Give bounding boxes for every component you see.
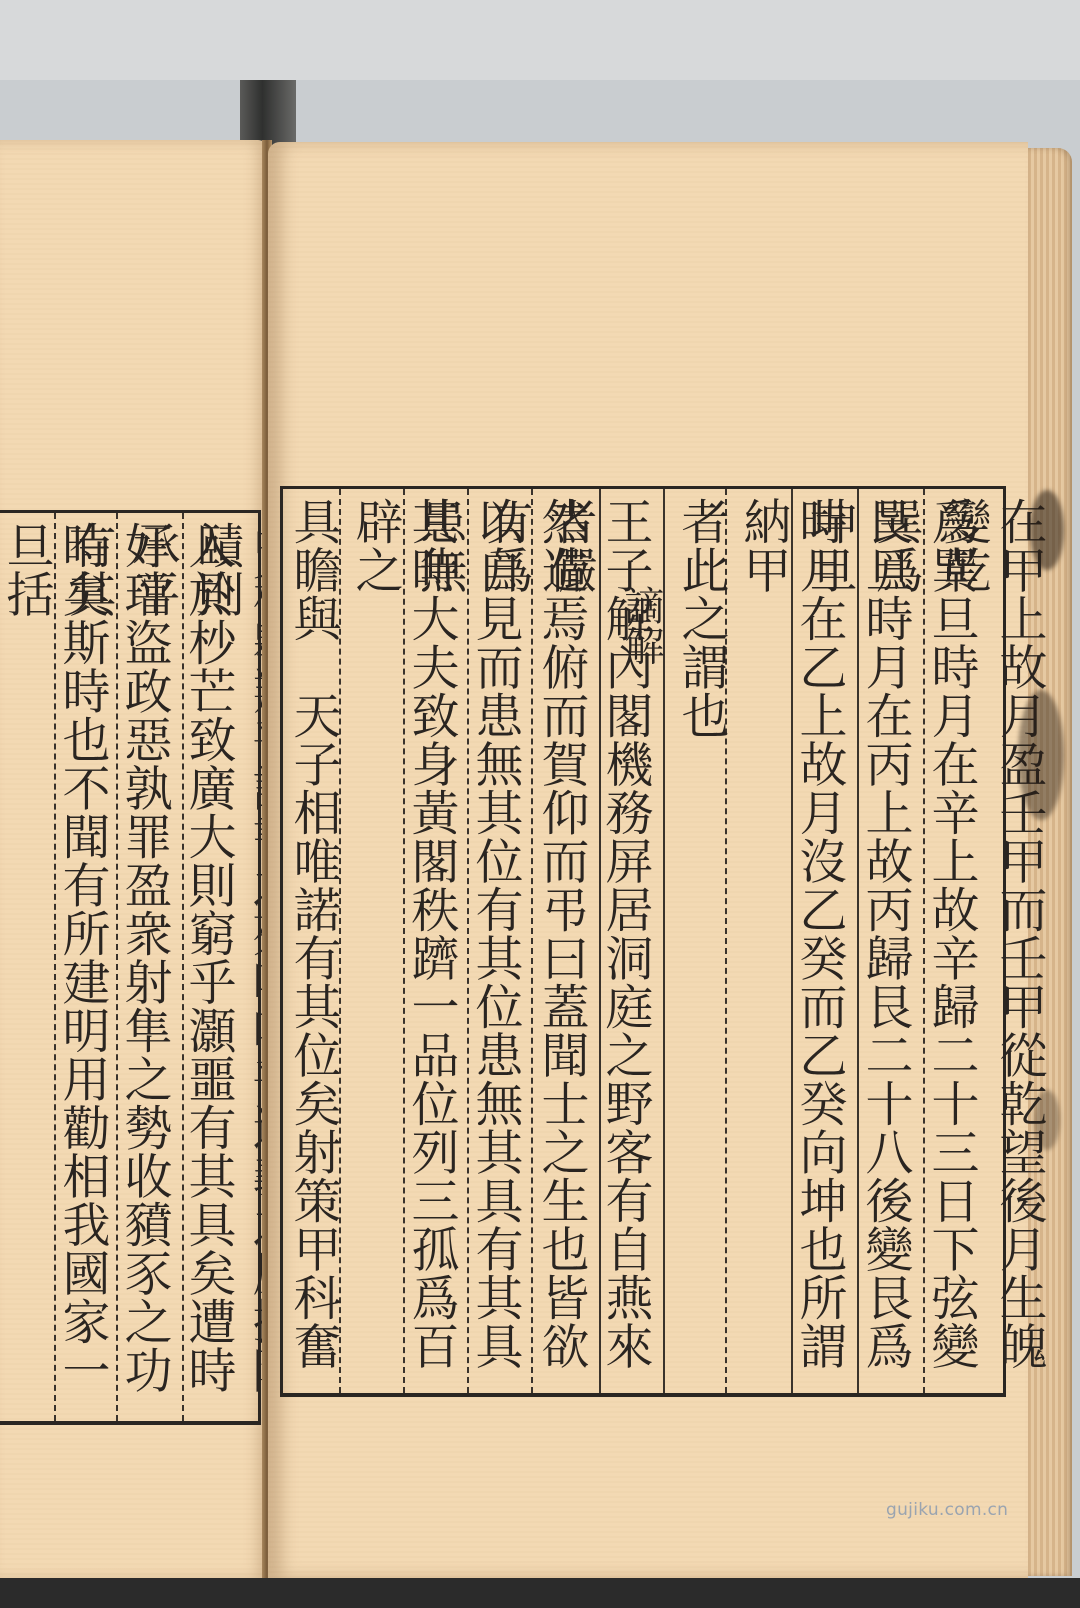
site-watermark: gujiku.com.cn: [886, 1500, 1008, 1520]
right-page-text-frame: 在甲上故月盈壬甲而壬甲從乾望後月生魄變乾 爲巽旦時月在辛上故辛歸二十三日下弦變巽…: [280, 486, 1006, 1397]
left-page-text-frame: 中秘翱翔乎詩書之苑嘯嚌乎道義之原探隱賾則 入於杪芒致廣大則窮乎灝噩有其具矣遭時承…: [0, 510, 261, 1425]
text-column: 時矣斯時也不聞有所建明用勸相我國家一旦括: [0, 513, 110, 1429]
text-column: 者此之謂也: [673, 489, 729, 1401]
ink-bleed-mark: [1018, 690, 1064, 820]
scan-top-margin: [0, 0, 1080, 80]
ink-bleed-mark: [1034, 1090, 1060, 1150]
text-column: 時月在乙上故月沒乙癸而乙癸向坤也所謂納甲: [735, 489, 847, 1401]
text-column: 其時大夫致身黃閣秩躋一品位列三孤爲百辟之: [347, 489, 459, 1401]
text-column: 具瞻與 天子相唯諾有其位矣射策甲科奮: [285, 489, 341, 1401]
ink-bleed-mark: [1030, 490, 1064, 570]
scan-bottom-margin: [0, 1578, 1080, 1608]
left-page: 中秘翱翔乎詩書之苑嘯嚌乎道義之原探隱賾則 入於杪芒致廣大則窮乎灝噩有其具矣遭時承…: [0, 140, 268, 1580]
